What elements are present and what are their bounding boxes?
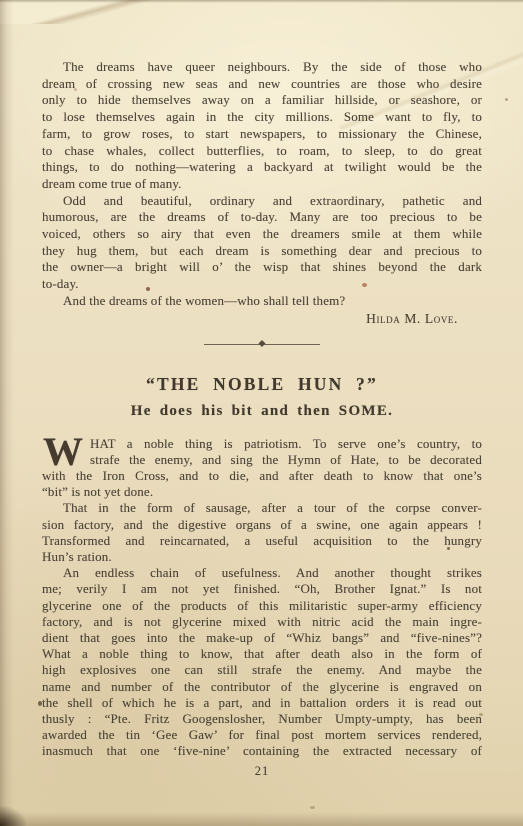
- text-line: farm, to grow roses, to start newspapers…: [42, 126, 482, 143]
- article-title: “THE NOBLE HUN ?”: [42, 373, 482, 395]
- text-line: What a noble thing to know, that after d…: [42, 646, 482, 662]
- text-line: sion factory, and the digestive organs o…: [42, 517, 482, 533]
- text-line: factory, and is not glycerine mixed with…: [42, 614, 482, 630]
- paragraph: Odd and beautiful, ordinary and extraord…: [42, 193, 482, 293]
- text-line: Odd and beautiful, ordinary and extraord…: [42, 193, 482, 210]
- paper-speck: [310, 806, 315, 809]
- article-noble-hun-body: WHAT a noble thing is patriotism. To ser…: [42, 436, 482, 760]
- page-number: 21: [42, 763, 482, 779]
- article-dreams: The dreams have queer neighbours. By the…: [42, 59, 482, 327]
- text-line: dream come true of many.: [42, 176, 482, 193]
- text-line: name and number of the contributor of th…: [42, 679, 482, 695]
- text-line: me; verily I am not yet finished. “Oh, B…: [42, 581, 482, 597]
- text-line: glycerine one of the products of this mi…: [42, 598, 482, 614]
- text-line: voiced, others so airy that even the dre…: [42, 226, 482, 243]
- article-noble-hun: “THE NOBLE HUN ?” He does his bit and th…: [42, 373, 482, 760]
- article-dreams-body: The dreams have queer neighbours. By the…: [42, 59, 482, 310]
- paragraph: And the dreams of the women—who shall te…: [42, 293, 482, 310]
- text-line: inasmuch that one ‘five-nine’ containing…: [42, 743, 482, 759]
- text-line: high explosives one can still strafe the…: [42, 662, 482, 678]
- text-line: humorous, are the dreams of to-day. Many…: [42, 209, 482, 226]
- text-line: to-day.: [42, 276, 482, 293]
- drop-cap: W: [43, 437, 83, 468]
- text-line: An endless chain of usefulness. And anot…: [42, 565, 482, 581]
- text-line: they hug them, but each dream is somethi…: [42, 243, 482, 260]
- text-line: HAT a noble thing is patriotism. To serv…: [42, 436, 482, 452]
- text-line: And the dreams of the women—who shall te…: [42, 293, 482, 310]
- text-line: the owner—a bright will o’ the wisp that…: [42, 259, 482, 276]
- text-line: “bit” is not yet done.: [42, 484, 482, 500]
- text-line: Transformed and reincarnated, a useful a…: [42, 533, 482, 549]
- text-line: dream of crossing new seas and new count…: [42, 76, 482, 93]
- paragraph: The dreams have queer neighbours. By the…: [42, 59, 482, 193]
- scan-corner-shadow: [0, 806, 26, 826]
- text-line: The dreams have queer neighbours. By the…: [42, 59, 482, 76]
- text-line: the shell of which he is a part, and in …: [42, 695, 482, 711]
- scanned-page: The dreams have queer neighbours. By the…: [0, 0, 523, 826]
- section-divider-icon: [204, 344, 320, 345]
- paragraph: That in the form of sausage, after a tou…: [42, 500, 482, 565]
- divider-diamond-icon: [258, 340, 265, 347]
- text-line: only to hide themselves away on a famili…: [42, 92, 482, 109]
- text-line: things, to do nothing—watering a backyar…: [42, 159, 482, 176]
- text-line: thusly : “Pte. Fritz Googenslosher, Numb…: [42, 711, 482, 727]
- page-content: The dreams have queer neighbours. By the…: [0, 0, 523, 779]
- paragraph: An endless chain of usefulness. And anot…: [42, 565, 482, 759]
- text-line: with the Iron Cross, and to die, and aft…: [42, 468, 482, 484]
- text-line: dient that goes into the make-up of “Whi…: [42, 630, 482, 646]
- paragraph: WHAT a noble thing is patriotism. To ser…: [42, 436, 482, 501]
- text-line: Hun’s ration.: [42, 549, 482, 565]
- text-line: to chase whales, collect butterflies, to…: [42, 143, 482, 160]
- text-line: strafe the enemy, and sing the Hymn of H…: [42, 452, 482, 468]
- author-signature: Hilda M. Love.: [42, 310, 482, 327]
- scan-edge-bottom: [0, 812, 523, 826]
- article-subtitle: He does his bit and then SOME.: [42, 402, 482, 420]
- text-line: to lose themselves again in the city mil…: [42, 109, 482, 126]
- text-line: That in the form of sausage, after a tou…: [42, 500, 482, 516]
- text-line: awarded the tin ‘Gee Gaw’ for final post…: [42, 727, 482, 743]
